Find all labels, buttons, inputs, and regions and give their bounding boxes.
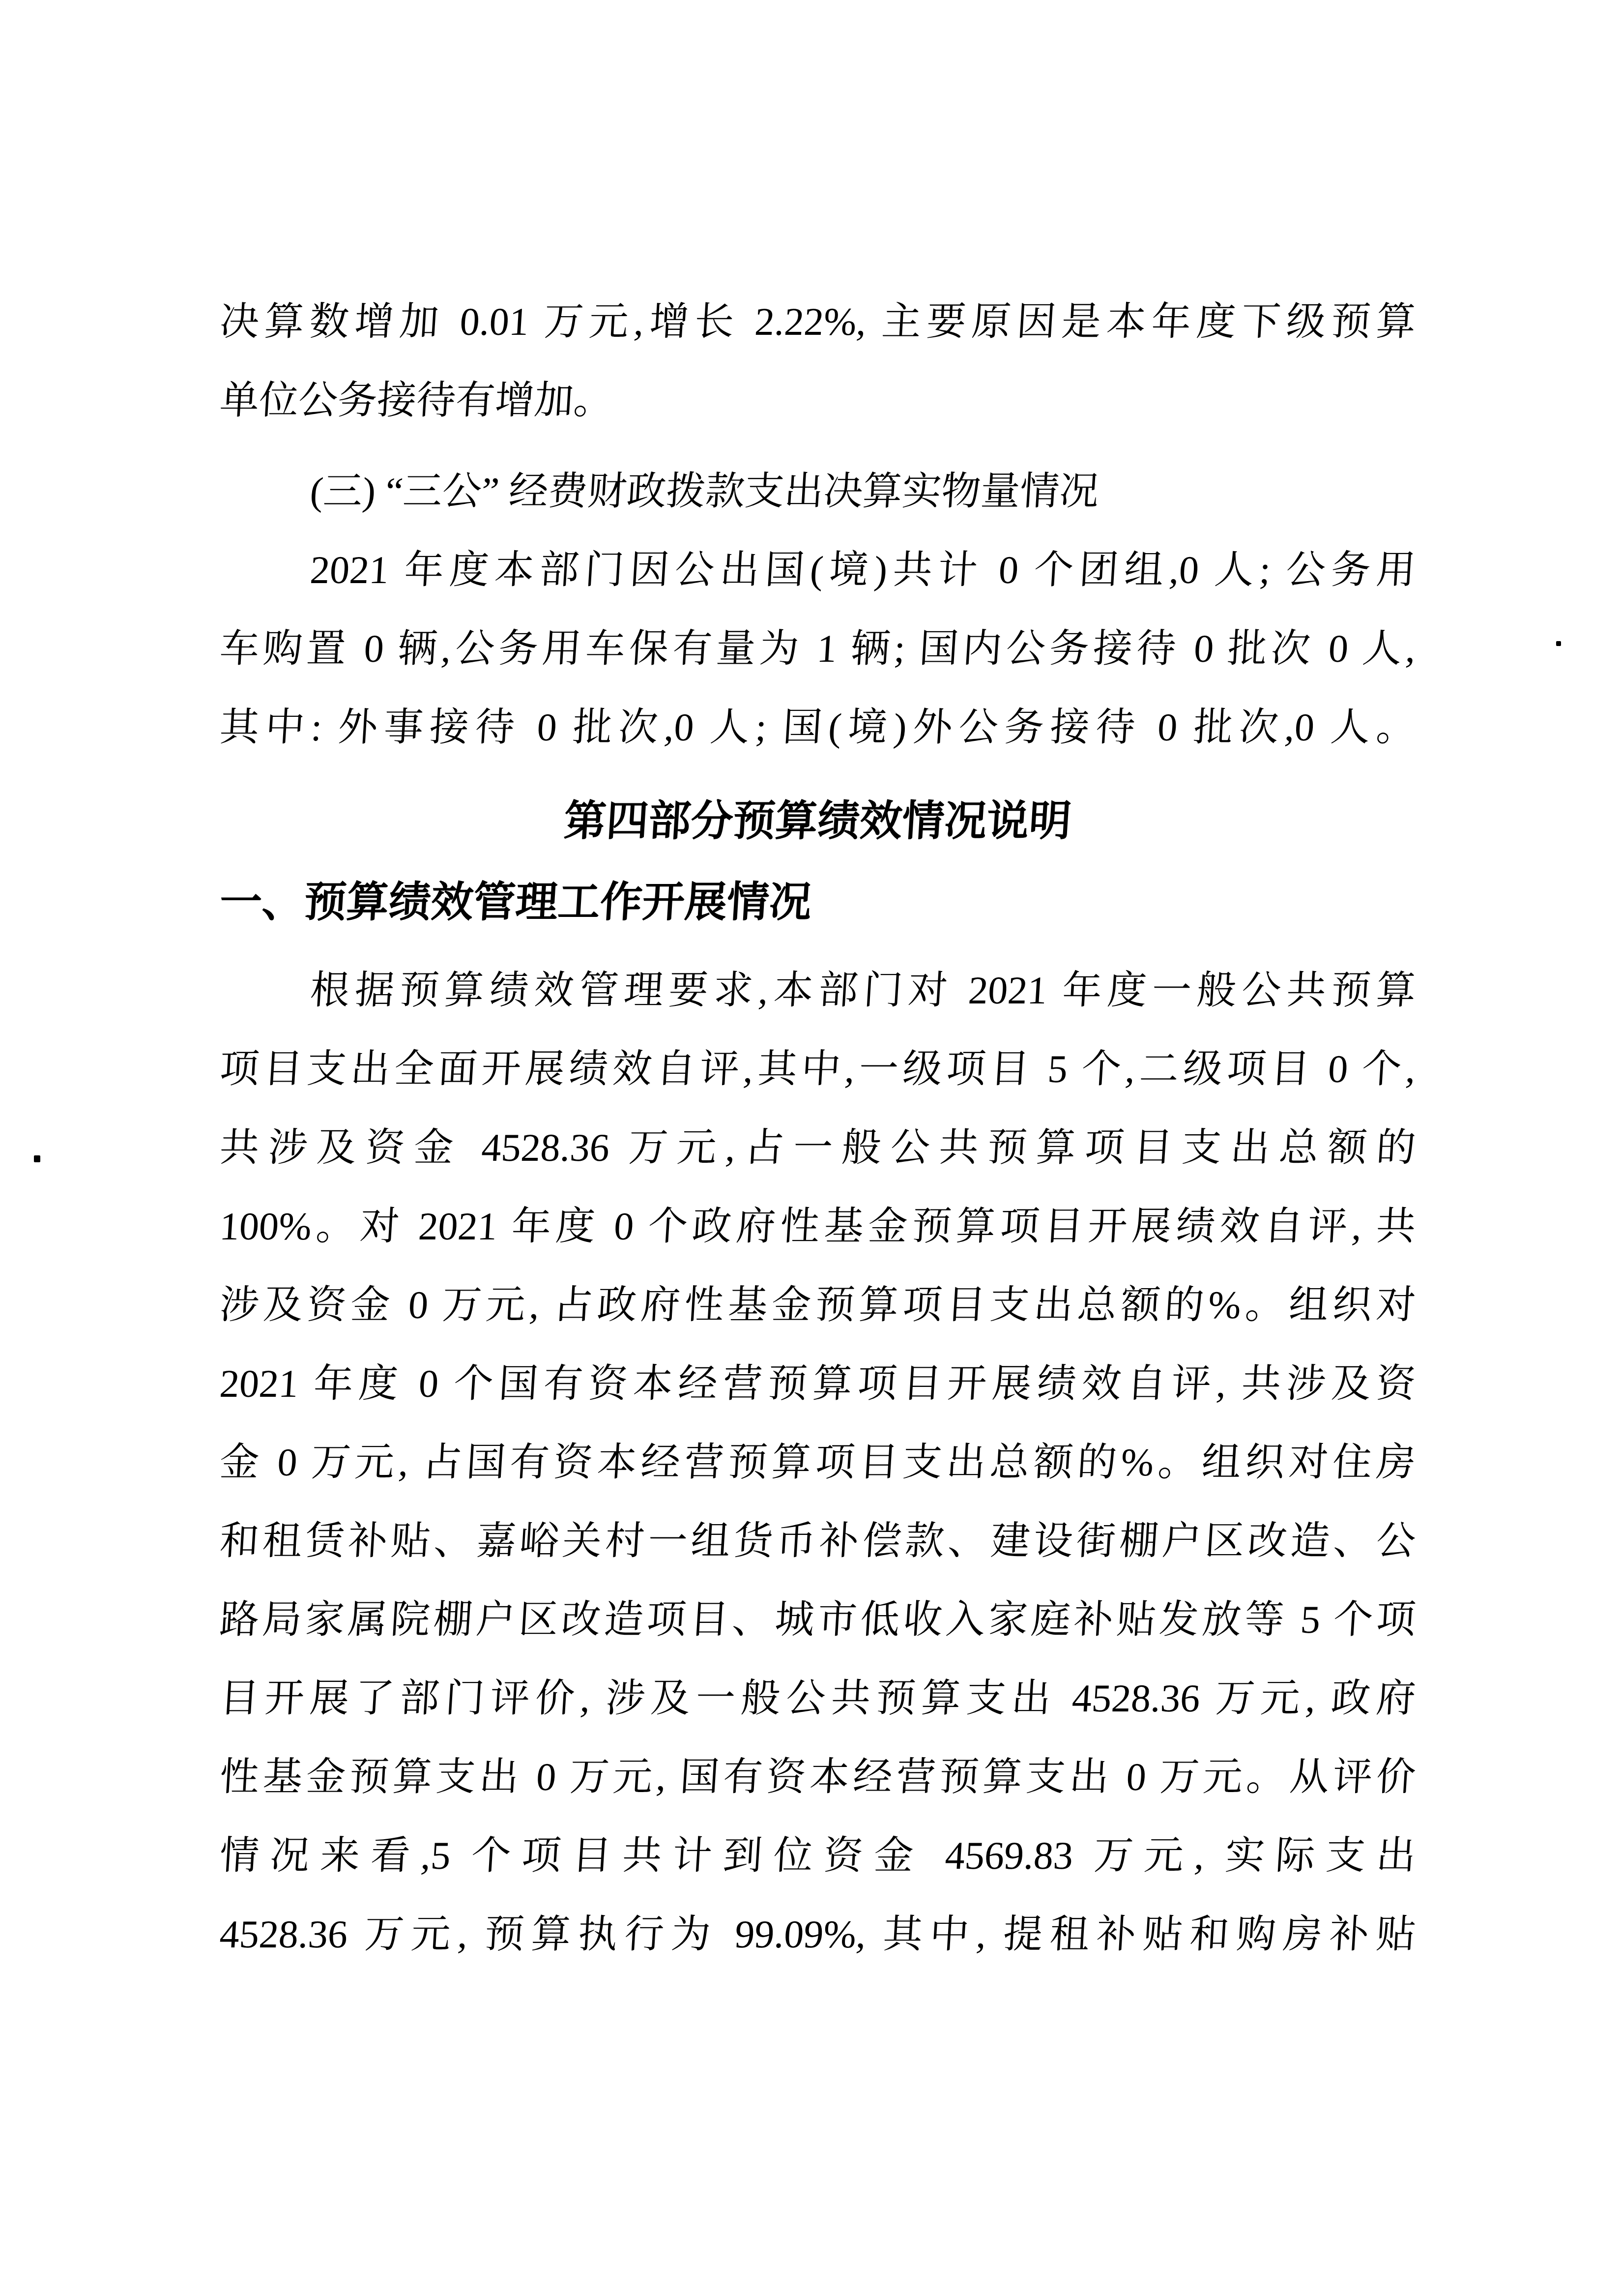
body-line: 2021 年度本部门因公出国(境)共计 0 个团组,0 人; 公务用 — [217, 531, 1418, 610]
subsection-heading: (三) “三公” 经费财政拨款支出决算实物量情况 — [217, 452, 1418, 531]
scanned-document-page: 决算数增加 0.01 万元,增长 2.22%, 主要原因是本年度下级预算 单位公… — [0, 0, 1620, 2296]
scan-speck — [1556, 641, 1561, 646]
body-line: 涉及资金 0 万元, 占政府性基金预算项目支出总额的%。组织对 — [217, 1266, 1418, 1345]
body-line: 共涉及资金 4528.36 万元,占一般公共预算项目支出总额的 — [217, 1109, 1418, 1187]
body-line: 100%。对 2021 年度 0 个政府性基金预算项目开展绩效自评, 共 — [217, 1187, 1418, 1266]
part-heading: 第四部分预算绩效情况说明 — [217, 782, 1418, 860]
body-line: 其中: 外事接待 0 批次,0 人; 国(境)外公务接待 0 批次,0 人。 — [217, 688, 1418, 767]
document-text-block: 决算数增加 0.01 万元,增长 2.22%, 主要原因是本年度下级预算 单位公… — [220, 283, 1416, 1974]
scan-speck — [34, 1155, 40, 1162]
body-line: 路局家属院棚户区改造项目、城市低收入家庭补贴发放等 5 个项 — [217, 1581, 1418, 1659]
body-line: 2021 年度 0 个国有资本经营预算项目开展绩效自评, 共涉及资 — [217, 1345, 1418, 1423]
section-heading: 一、预算绩效管理工作开展情况 — [217, 863, 1418, 942]
body-line: 项目支出全面开展绩效自评,其中,一级项目 5 个,二级项目 0 个, — [217, 1030, 1418, 1109]
body-line: 4528.36 万元, 预算执行为 99.09%, 其中, 提租补贴和购房补贴 — [217, 1895, 1418, 1974]
body-line: 金 0 万元, 占国有资本经营预算项目支出总额的%。组织对住房 — [217, 1423, 1418, 1502]
body-line: 性基金预算支出 0 万元, 国有资本经营预算支出 0 万元。从评价 — [217, 1738, 1418, 1817]
body-line: 目开展了部门评价, 涉及一般公共预算支出 4528.36 万元, 政府 — [217, 1659, 1418, 1738]
body-line: 情况来看,5 个项目共计到位资金 4569.83 万元, 实际支出 — [217, 1817, 1418, 1895]
body-line: 单位公务接待有增加。 — [217, 361, 1418, 440]
body-line: 车购置 0 辆,公务用车保有量为 1 辆; 国内公务接待 0 批次 0 人, — [217, 610, 1418, 688]
body-line: 和租赁补贴、嘉峪关村一组货币补偿款、建设街棚户区改造、公 — [217, 1502, 1418, 1581]
body-line: 决算数增加 0.01 万元,增长 2.22%, 主要原因是本年度下级预算 — [217, 283, 1418, 361]
body-line: 根据预算绩效管理要求,本部门对 2021 年度一般公共预算 — [217, 951, 1418, 1030]
